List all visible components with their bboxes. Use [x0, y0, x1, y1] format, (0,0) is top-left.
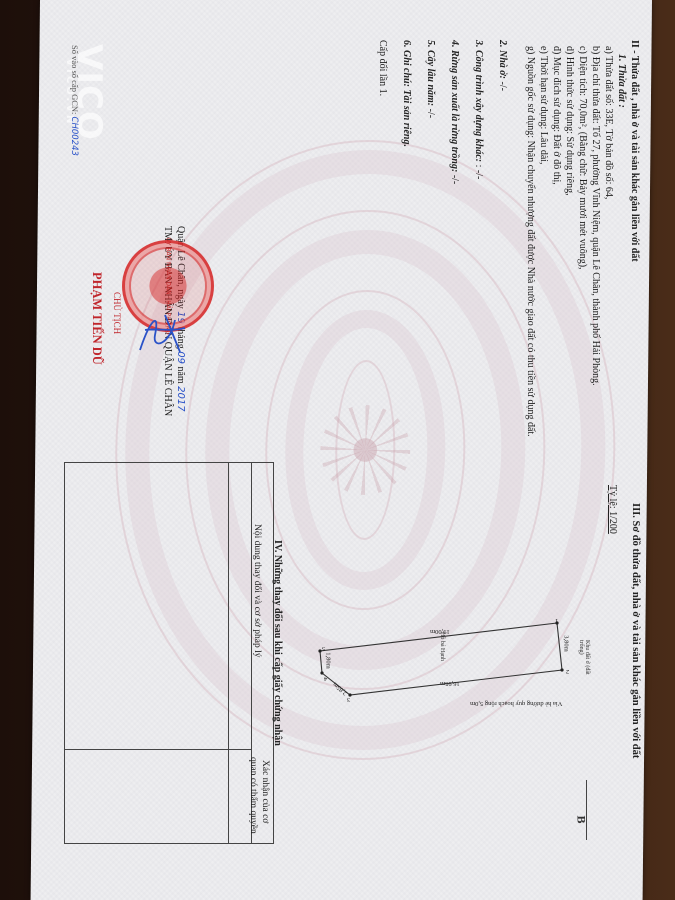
land-heading: 1. Thửa đất :	[615, 40, 628, 437]
changes-table	[64, 462, 274, 844]
section-iv-title: IV. Những thay đổi sau khi cấp giấy chứn…	[272, 540, 283, 746]
item-rung: 4. Rừng sản xuất là rừng trồng: -/-	[442, 40, 466, 184]
column-header-content: Nội dung thay đổi và cơ sở pháp lý	[252, 524, 262, 658]
edge-4-5-length: 1,80m	[325, 652, 332, 668]
gcn-serial: Số vào sổ cấp GCN: CH00243	[69, 45, 80, 156]
vertex-2: 2	[566, 668, 569, 675]
land-a: a) Thửa đất số: 33E, Tờ bản đồ số: 64,	[602, 40, 615, 437]
issue-note: Cấp đổi lần 1.	[370, 40, 394, 184]
neighbor-north: Hồ bá Hạnh	[439, 632, 445, 661]
column-header-confirm-line1: Xác nhận của cơ	[260, 760, 270, 823]
vertex-1: 1	[555, 617, 558, 624]
north-arrow-line	[586, 780, 587, 840]
vertex-3: 3	[347, 696, 350, 703]
vertex-5: 5	[322, 645, 325, 652]
vertex-4: 4	[324, 675, 327, 682]
map-scale: Tỷ lệ: 1/200	[607, 485, 618, 534]
land-g: g) Nguồn gốc sử dụng: Nhận chuyển nhượng…	[524, 40, 537, 437]
land-d: d) Hình thức sử dụng: Sử dụng riêng,	[563, 40, 576, 437]
section-ii-items: 2. Nhà ở: -/- 3. Công trình xây dựng khá…	[370, 40, 514, 184]
section-ii: II - Thửa đất , nhà ở và tài sản khác gắ…	[524, 40, 641, 437]
land-b: b) Địa chỉ thửa đất: Tổ 27, phường Vĩnh …	[589, 40, 602, 437]
neighbor-east: Khu đất ở (đất trống)	[578, 640, 590, 690]
table-column-divider	[65, 749, 252, 750]
handwritten-signature	[130, 300, 190, 360]
edge-2-3-length: 16,95m	[440, 680, 460, 687]
land-e: e) Thời hạn sử dụng: Lâu dài,	[537, 40, 550, 437]
edge-1-2-length: 3,80m	[563, 635, 570, 651]
section-ii-title: II - Thửa đất , nhà ở và tài sản khác gắ…	[628, 40, 641, 437]
land-dd: đ) Mục đích sử dụng: Đất ở đô thị,	[550, 40, 563, 437]
item-nha-o: 2. Nhà ở: -/-	[490, 40, 514, 184]
neighbor-south: Vỉa hè đường quy hoạch rộng 5,0m	[470, 700, 562, 707]
item-cay-lau-nam: 5. Cây lâu năm: -/-	[418, 40, 442, 184]
signer-name: PHẠM TIẾN DŨ	[89, 272, 104, 365]
item-ghi-chu: 6. Ghi chú: Tài sản riêng.	[394, 40, 418, 184]
signer-title: CHỦ TỊCH	[112, 292, 122, 334]
north-arrow-icon: B	[574, 815, 589, 823]
column-header-confirm-line2: quan có thẩm quyền	[248, 757, 258, 834]
item-cong-trinh: 3. Công trình xây dựng khác: : -/-	[466, 40, 490, 184]
section-iii-title: III. Sơ đồ thửa đất, nhà ở và tài sản kh…	[630, 503, 641, 758]
land-c: c) Diện tích: 70,0m², (Bằng chữ: Bảy mươ…	[576, 40, 589, 437]
serial-value: CH00243	[69, 117, 79, 156]
